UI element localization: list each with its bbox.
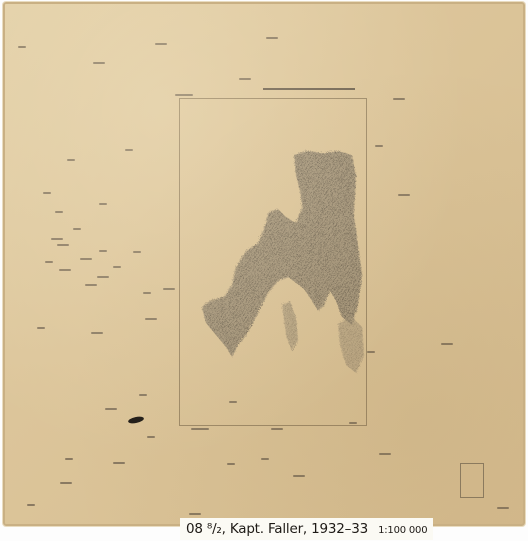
map-sheet <box>3 2 525 526</box>
annotation-mark <box>73 228 81 230</box>
annotation-mark <box>441 343 453 345</box>
annotation-mark <box>51 238 63 240</box>
sheet-id: 08 ⁸/₂, <box>186 521 226 537</box>
annotation-mark <box>398 194 410 196</box>
annotation-mark <box>189 513 201 515</box>
annotation-mark <box>379 453 391 455</box>
annotation-mark <box>239 78 251 80</box>
annotation-mark <box>147 436 155 438</box>
survey-years: 1932–33 <box>311 521 368 537</box>
annotation-mark <box>43 192 51 194</box>
annotation-mark <box>191 428 209 430</box>
annotation-mark <box>67 159 75 161</box>
annotation-mark <box>99 203 107 205</box>
annotation-mark <box>60 482 72 484</box>
annotation-mark <box>261 458 269 460</box>
surveyor: Kapt. Faller, <box>230 521 307 537</box>
annotation-mark <box>113 462 125 464</box>
annotation-mark <box>59 269 71 271</box>
annotation-mark <box>45 261 53 263</box>
annotation-mark <box>93 62 105 64</box>
annotation-mark <box>133 251 141 253</box>
annotation-mark <box>18 46 26 48</box>
annotation-mark <box>85 284 97 286</box>
annotation-mark <box>163 288 175 290</box>
annotation-mark <box>139 394 147 396</box>
annotation-mark <box>155 43 167 45</box>
annotation-mark <box>125 149 133 151</box>
annotation-mark <box>497 507 509 509</box>
annotation-mark <box>393 98 405 100</box>
annotation-mark <box>229 401 237 403</box>
annotation-mark <box>91 332 103 334</box>
scale-bar <box>263 88 355 90</box>
annotation-mark <box>65 458 73 460</box>
annotation-mark <box>97 276 109 278</box>
terrain-relief <box>5 4 523 524</box>
annotation-mark <box>55 211 63 213</box>
annotation-mark <box>293 475 305 477</box>
ink-blot <box>128 415 145 424</box>
index-inset-box <box>460 463 484 498</box>
annotation-mark <box>99 250 107 252</box>
annotation-mark <box>80 258 92 260</box>
annotation-mark <box>57 244 69 246</box>
map-title-label: 08 ⁸/₂, Kapt. Faller, 1932–33 1:100 000 <box>180 518 433 540</box>
annotation-mark <box>37 327 45 329</box>
annotation-mark <box>113 266 121 268</box>
annotation-mark <box>266 37 278 39</box>
map-neatline-frame <box>179 98 367 426</box>
annotation-mark <box>175 94 193 96</box>
annotation-mark <box>367 351 375 353</box>
annotation-mark <box>271 428 283 430</box>
annotation-mark <box>143 292 151 294</box>
annotation-mark <box>145 318 157 320</box>
annotation-mark <box>227 463 235 465</box>
annotation-mark <box>27 504 35 506</box>
annotation-mark <box>105 408 117 410</box>
annotation-mark <box>375 145 383 147</box>
map-scale: 1:100 000 <box>378 525 427 536</box>
annotation-mark <box>349 422 357 424</box>
